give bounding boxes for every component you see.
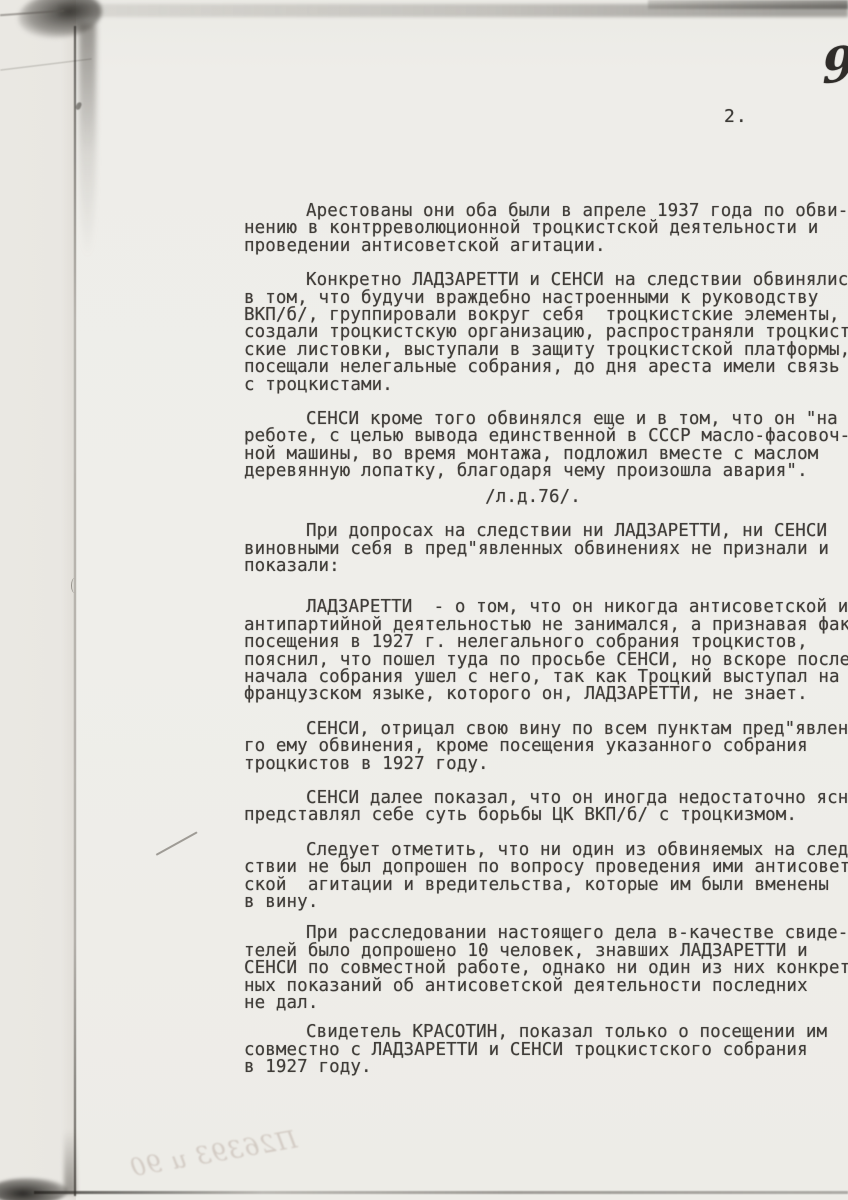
handwritten-sheet-number: 90 xyxy=(822,31,848,96)
text-line: ных показаний об антисоветской деятельно… xyxy=(244,978,848,995)
text-line: деревянную лопатку, благодаря чему произ… xyxy=(244,463,848,480)
text-line: СЕНСИ по совместной работе, однако ни од… xyxy=(244,960,848,977)
page-number: 2. xyxy=(724,106,748,127)
paper-speck xyxy=(327,536,329,538)
text-line: посещения в 1927 г. нелегального собрани… xyxy=(244,634,848,651)
text-line: показали: xyxy=(244,558,848,575)
paragraph: Арестованы они оба были в апреле 1937 го… xyxy=(244,203,848,255)
text-line: го ему обвинения, кроме посещения указан… xyxy=(244,738,848,755)
paper-sheet: 90 2. Арестованы они оба были в апреле 1… xyxy=(76,0,848,1200)
page-bottom-edge xyxy=(34,1191,848,1194)
text-line: в 1927 году. xyxy=(244,1059,848,1076)
text-line: При допросах на следствии ни ЛАДЗАРЕТТИ,… xyxy=(244,523,848,540)
text-line: проведении антисоветской агитации. xyxy=(244,238,848,255)
text-line: французском языке, которого он, ЛАДЗАРЕТ… xyxy=(244,686,848,703)
paragraph: /л.д.76/. xyxy=(244,489,822,506)
document-body: Арестованы они оба были в апреле 1937 го… xyxy=(244,203,848,1094)
text-line: Конкретно ЛАДЗАРЕТТИ и СЕНСИ на следстви… xyxy=(244,272,848,289)
paragraph: Свидетель КРАСОТИН, показал только о пос… xyxy=(244,1024,848,1076)
paragraph: Следует отметить, что ни один из обвиняе… xyxy=(244,842,848,912)
text-line: в вину. xyxy=(244,894,848,911)
scan-smudge-top-right xyxy=(648,0,848,9)
paragraph: СЕНСИ, отрицал свою вину по всем пунктам… xyxy=(244,721,848,773)
text-line: не дал. xyxy=(244,995,848,1012)
text-line: троцкистов в 1927 году. xyxy=(244,756,848,773)
page-left-edge xyxy=(74,26,76,1196)
edge-smear-bottom xyxy=(64,1130,76,1194)
scanned-document-page: 90 2. Арестованы они оба были в апреле 1… xyxy=(0,0,848,1200)
paragraph: При расследовании настоящего дела в-каче… xyxy=(244,925,848,1012)
text-line: с троцкистами. xyxy=(244,377,848,394)
ink-blot-bottom-left xyxy=(0,1178,68,1200)
paragraph: СЕНСИ далее показал, что он иногда недос… xyxy=(244,790,848,825)
paper-speck xyxy=(71,578,78,593)
text-line: ствии не был допрошен по вопросу проведе… xyxy=(244,859,848,876)
paragraph: СЕНСИ кроме того обвинялся еще и в том, … xyxy=(244,411,848,481)
bleedthrough-text: П26393 и 90 xyxy=(127,1125,299,1182)
text-line: /л.д.76/. xyxy=(244,489,822,506)
text-line: представлял себе суть борьбы ЦК ВКП/б/ с… xyxy=(244,807,848,824)
scan-background-strip xyxy=(0,0,76,1200)
paragraph: При допросах на следствии ни ЛАДЗАРЕТТИ,… xyxy=(244,523,848,575)
paragraph: Конкретно ЛАДЗАРЕТТИ и СЕНСИ на следстви… xyxy=(244,272,848,394)
edge-shadow-top xyxy=(79,24,96,259)
text-line: ской агитации и вредительства, которые и… xyxy=(244,877,848,894)
paragraph: ЛАДЗАРЕТТИ - о том, что он никогда антис… xyxy=(244,599,848,703)
